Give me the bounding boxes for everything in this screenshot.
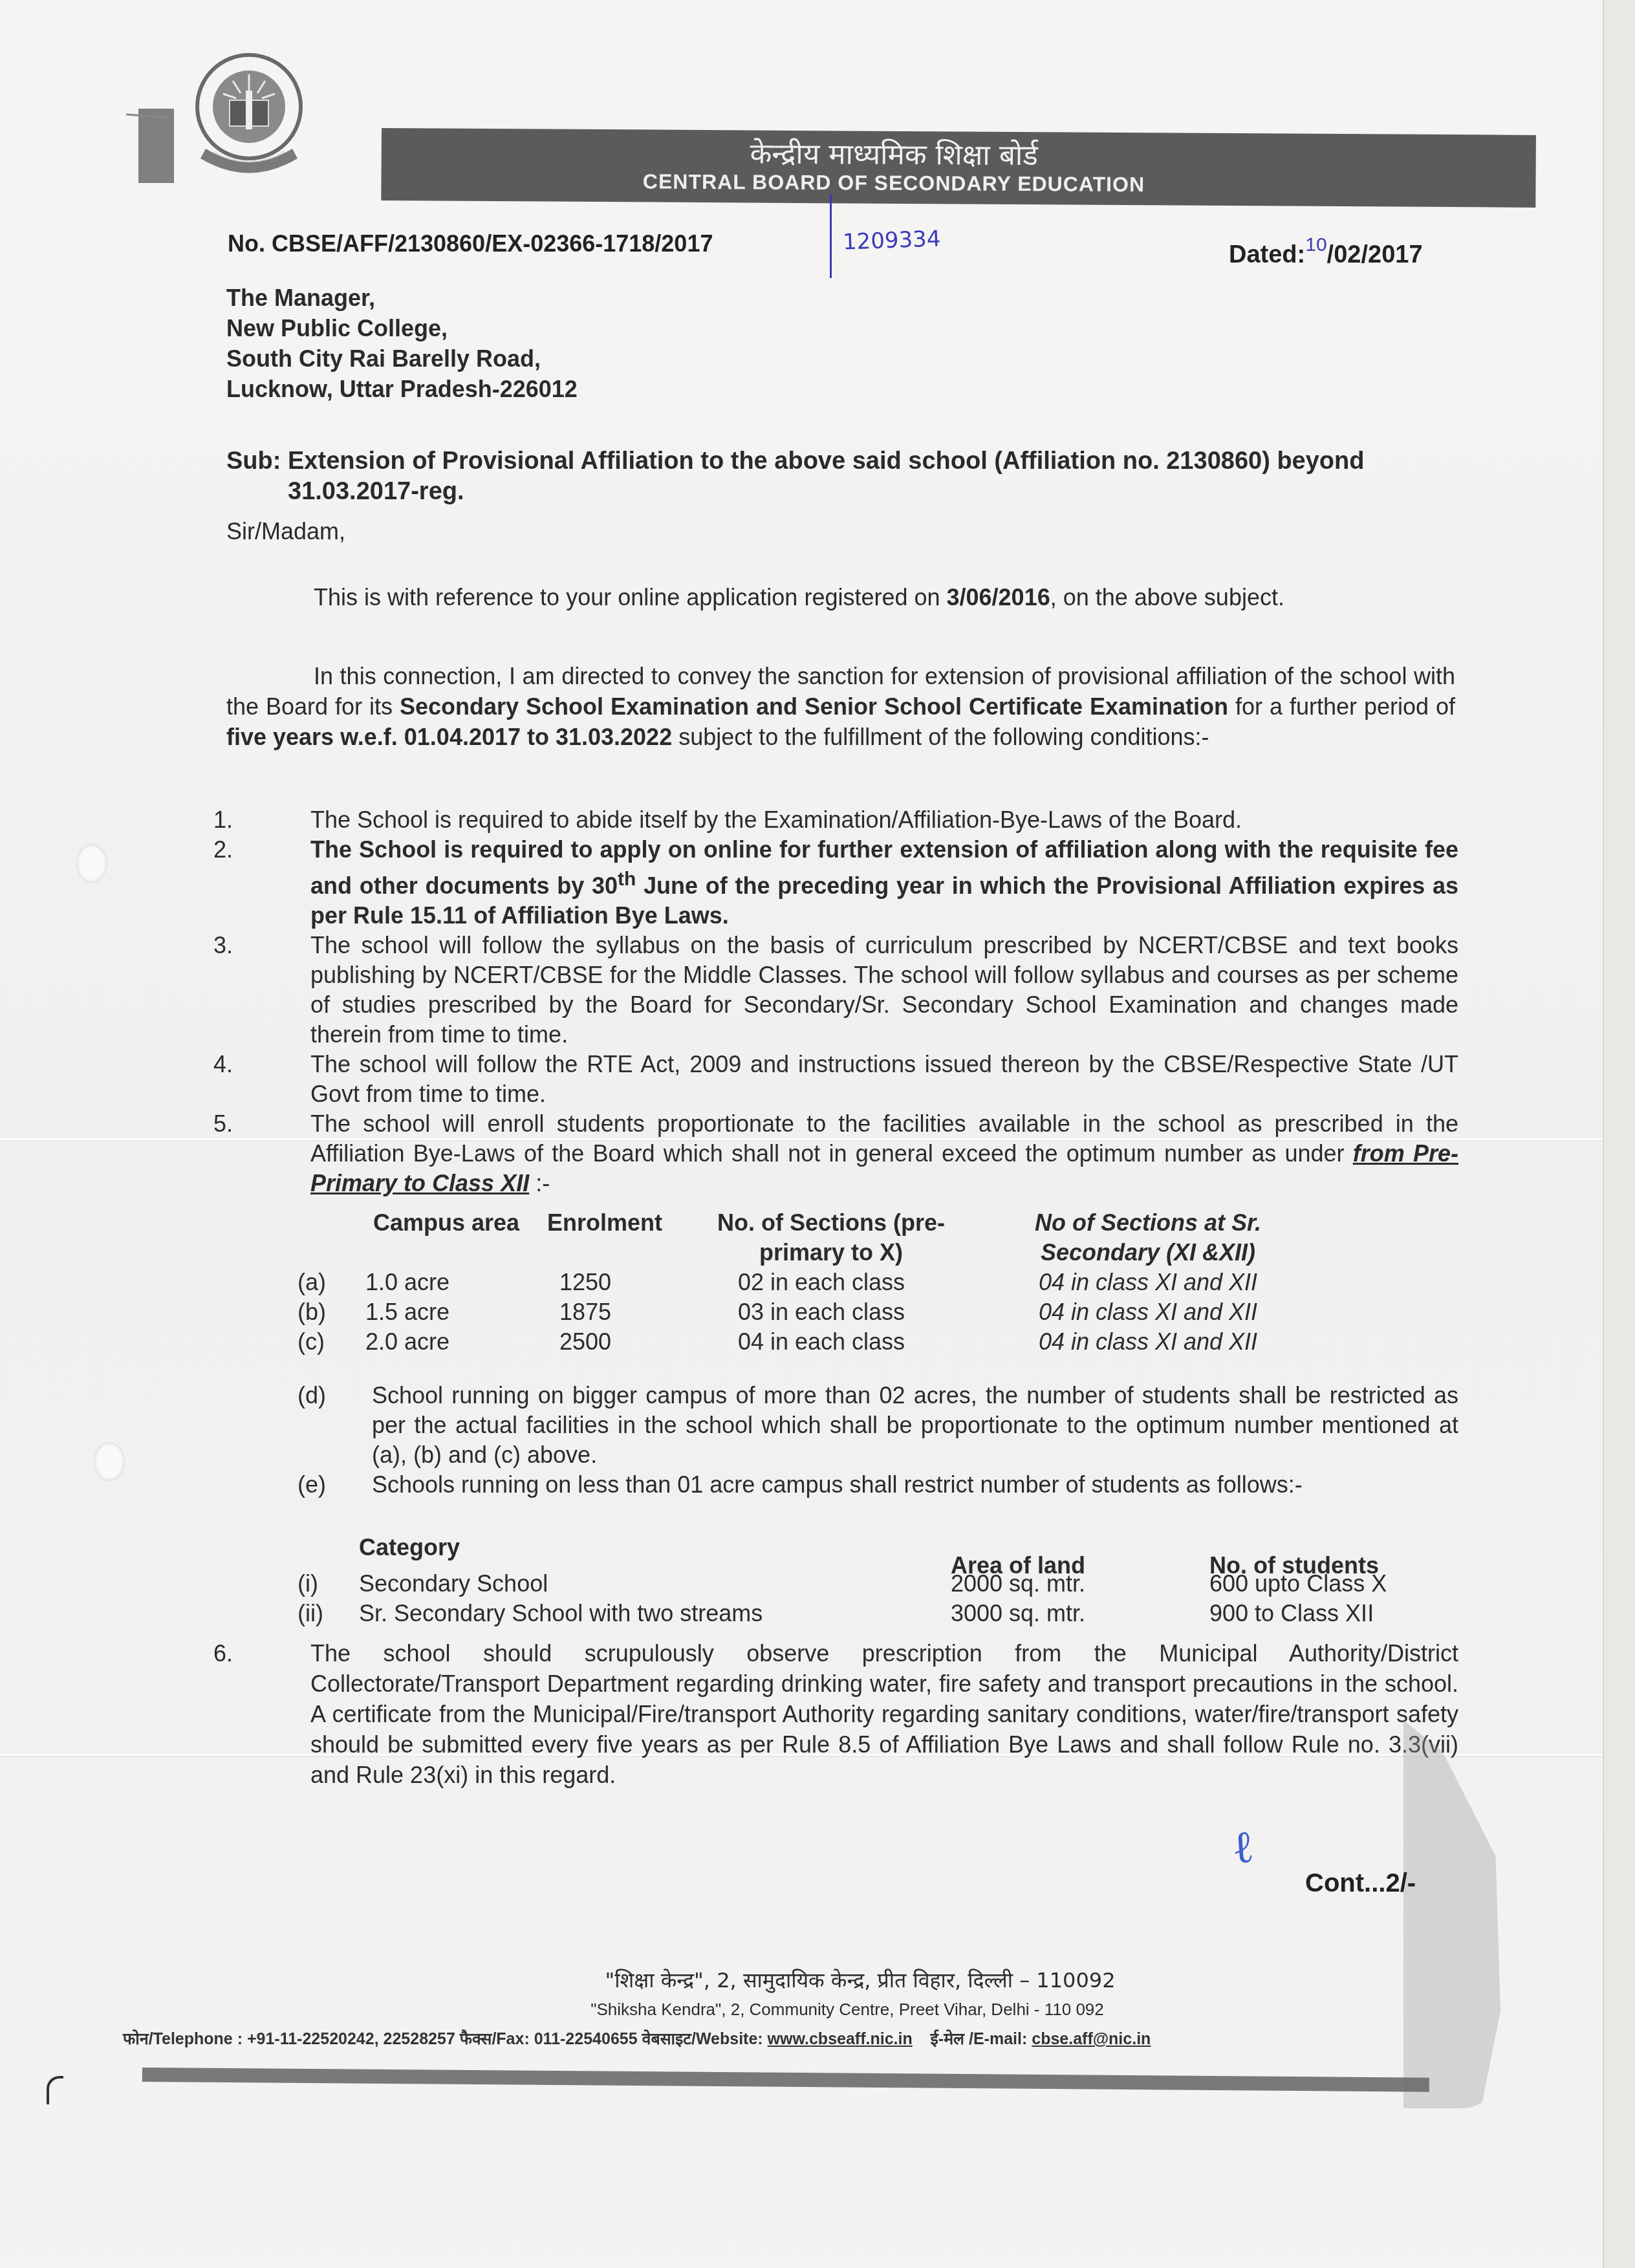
cell: 1.0 acre xyxy=(365,1268,527,1297)
letter-date: Dated:10/02/2017 xyxy=(1229,234,1423,269)
footer-address-hindi: "शिक्षा केन्द्र", 2, सामुदायिक केन्द्र, … xyxy=(0,1966,1604,1994)
condition-item: 6. The school should scrupulously observ… xyxy=(213,1638,1458,1790)
table-row: (c) 2.0 acre 2500 04 in each class 04 in… xyxy=(298,1327,1462,1357)
cell: 1250 xyxy=(527,1268,682,1297)
cell: (ii) xyxy=(298,1599,359,1628)
table-row: (b) 1.5 acre 1875 03 in each class 04 in… xyxy=(298,1297,1462,1327)
cell: 04 in each class xyxy=(682,1327,980,1357)
handwritten-number: 1209334 xyxy=(842,226,941,255)
header-cell: No. of Sections (pre-primary to X) xyxy=(682,1208,980,1268)
header-cell: Enrolment xyxy=(527,1208,682,1268)
recipient-address: The Manager, New Public College, South C… xyxy=(226,283,1455,404)
scan-edge xyxy=(1603,0,1635,2268)
cell: (i) xyxy=(298,1569,359,1599)
footer-address-english: "Shiksha Kendra", 2, Community Centre, P… xyxy=(0,2000,1604,2020)
table-header: Campus area Enrolment No. of Sections (p… xyxy=(298,1208,1462,1268)
subject-label: Sub: xyxy=(226,446,288,507)
continued-marker: Cont...2/- xyxy=(1305,1869,1416,1898)
website-link[interactable]: www.cbseaff.nic.in xyxy=(768,2030,913,2048)
condition-number: 5. xyxy=(213,1109,310,1198)
sub-condition-item: (d) School running on bigger campus of m… xyxy=(298,1381,1458,1470)
letterhead-left-bar xyxy=(138,109,174,183)
cell: 2500 xyxy=(527,1327,682,1357)
condition-item: 4. The school will follow the RTE Act, 2… xyxy=(213,1050,1458,1109)
subject-text: Extension of Provisional Affiliation to … xyxy=(288,446,1455,507)
table-row: (i) Secondary School 2000 sq. mtr. 600 u… xyxy=(298,1569,1462,1599)
address-line: New Public College, xyxy=(226,313,1455,343)
header-cell: No of Sections at Sr. Secondary (XI &XII… xyxy=(980,1208,1316,1268)
board-name-english: CENTRAL BOARD OF SECONDARY EDUCATION xyxy=(643,169,1145,197)
cell: Secondary School xyxy=(359,1569,951,1599)
sub-condition-item: (e) Schools running on less than 01 acre… xyxy=(298,1470,1458,1500)
cell: 2000 sq. mtr. xyxy=(951,1569,1209,1599)
paragraph-sanction: In this connection, I am directed to con… xyxy=(226,661,1455,752)
address-line: Lucknow, Uttar Pradesh-226012 xyxy=(226,374,1455,404)
condition-number: 6. xyxy=(213,1638,310,1790)
date-label: Dated: xyxy=(1229,241,1305,268)
email-link[interactable]: cbse.aff@nic.in xyxy=(1032,2030,1151,2048)
letterhead-banner: केन्द्रीय माध्यमिक शिक्षा बोर्ड CENTRAL … xyxy=(381,128,1536,208)
condition-item: 5. The school will enroll students propo… xyxy=(213,1109,1458,1198)
application-date: 3/06/2016 xyxy=(947,584,1050,610)
text: subject to the fulfillment of the follow… xyxy=(672,724,1209,750)
cell: Sr. Secondary School with two streams xyxy=(359,1599,951,1628)
superscript: th xyxy=(618,869,636,890)
date-month-year: /02/2017 xyxy=(1327,241,1423,268)
text: for a further period of xyxy=(1228,693,1455,720)
email-label: ई-मेल /E-mail: xyxy=(931,2030,1028,2048)
cell: 04 in class XI and XII xyxy=(980,1297,1316,1327)
table-row: (ii) Sr. Secondary School with two strea… xyxy=(298,1599,1462,1628)
table-row: (a) 1.0 acre 1250 02 in each class 04 in… xyxy=(298,1268,1462,1297)
condition-number: 3. xyxy=(213,931,310,1050)
punch-hole xyxy=(94,1442,125,1481)
enrolment-table: Campus area Enrolment No. of Sections (p… xyxy=(298,1208,1462,1357)
text: :- xyxy=(529,1170,550,1196)
condition-number: 4. xyxy=(213,1050,310,1109)
land-area-table: Category Area of land No. of students (i… xyxy=(298,1533,1462,1628)
cell: 04 in class XI and XII xyxy=(980,1268,1316,1297)
reference-number: No. CBSE/AFF/2130860/EX-02366-1718/2017 xyxy=(228,230,713,257)
fax-number: 011-22540655 xyxy=(534,2030,638,2048)
header-cell: Campus area xyxy=(365,1208,527,1268)
paragraph-reference: This is with reference to your online ap… xyxy=(226,582,1455,612)
header-cell xyxy=(298,1208,365,1268)
address-line: South City Rai Barelly Road, xyxy=(226,343,1455,374)
cell: 900 to Class XII xyxy=(1209,1599,1462,1628)
staple-mark xyxy=(47,2076,63,2104)
handwritten-line xyxy=(830,194,832,278)
conditions-list-continued: 6. The school should scrupulously observ… xyxy=(213,1638,1458,1790)
affiliation-period: five years w.e.f. 01.04.2017 to 31.03.20… xyxy=(226,724,672,750)
watermark-shape xyxy=(1403,1720,1500,2108)
cell: 1875 xyxy=(527,1297,682,1327)
cell: 03 in each class xyxy=(682,1297,980,1327)
condition-item: 1. The School is required to abide itsel… xyxy=(213,805,1458,835)
cell: 600 upto Class X xyxy=(1209,1569,1462,1599)
cell: 04 in class XI and XII xyxy=(980,1327,1316,1357)
salutation: Sir/Madam, xyxy=(226,516,1455,546)
condition-item: 2. The School is required to apply on on… xyxy=(213,835,1458,931)
punch-hole xyxy=(76,844,107,883)
telephone-label: फोन/Telephone : xyxy=(123,2030,243,2048)
sub-condition-text: Schools running on less than 01 acre cam… xyxy=(372,1470,1458,1500)
cell: 02 in each class xyxy=(682,1268,980,1297)
footer-bar xyxy=(142,2068,1429,2092)
condition-item: 3. The school will follow the syllabus o… xyxy=(213,931,1458,1050)
website-label: वेबसाइट/Website: xyxy=(642,2030,763,2048)
cell: (c) xyxy=(298,1327,365,1357)
condition-number: 2. xyxy=(213,835,310,931)
condition-text: The school should scrupulously observe p… xyxy=(310,1638,1458,1790)
condition-text: The School is required to apply on onlin… xyxy=(310,835,1458,931)
footer-contact-line: फोन/Telephone : +91-11-22520242, 2252825… xyxy=(123,2027,1151,2049)
exam-names: Secondary School Examination and Senior … xyxy=(400,693,1228,720)
sub-condition-text: School running on bigger campus of more … xyxy=(372,1381,1458,1470)
board-name-hindi: केन्द्रीय माध्यमिक शिक्षा बोर्ड xyxy=(750,139,1039,172)
cell: 2.0 acre xyxy=(365,1327,527,1357)
condition-text: The school will enroll students proporti… xyxy=(310,1109,1458,1198)
sub-condition-label: (d) xyxy=(298,1381,372,1470)
text: The school will enroll students proporti… xyxy=(310,1110,1458,1167)
fax-label: फैक्स/Fax: xyxy=(460,2030,530,2048)
text: , on the above subject. xyxy=(1050,584,1284,610)
sub-conditions: (d) School running on bigger campus of m… xyxy=(298,1381,1458,1500)
condition-text: The School is required to abide itself b… xyxy=(310,805,1458,835)
subject-line: Sub: Extension of Provisional Affiliatio… xyxy=(226,446,1455,507)
cell: 1.5 acre xyxy=(365,1297,527,1327)
date-day-handwritten: 10 xyxy=(1305,234,1326,255)
cell: (b) xyxy=(298,1297,365,1327)
conditions-list: 1. The School is required to abide itsel… xyxy=(213,805,1458,1198)
telephone-number: +91-11-22520242, 22528257 xyxy=(247,2030,455,2048)
handwritten-initial: ℓ xyxy=(1230,1820,1255,1875)
cell: 3000 sq. mtr. xyxy=(951,1599,1209,1628)
sub-condition-label: (e) xyxy=(298,1470,372,1500)
condition-text: The school will follow the syllabus on t… xyxy=(310,931,1458,1050)
cell: (a) xyxy=(298,1268,365,1297)
condition-number: 1. xyxy=(213,805,310,835)
condition-text: The school will follow the RTE Act, 2009… xyxy=(310,1050,1458,1109)
letter-page: केन्द्रीय माध्यमिक शिक्षा बोर्ड CENTRAL … xyxy=(0,0,1604,2268)
text: This is with reference to your online ap… xyxy=(314,584,947,610)
address-line: The Manager, xyxy=(226,283,1455,313)
cbse-emblem-icon xyxy=(194,45,304,188)
